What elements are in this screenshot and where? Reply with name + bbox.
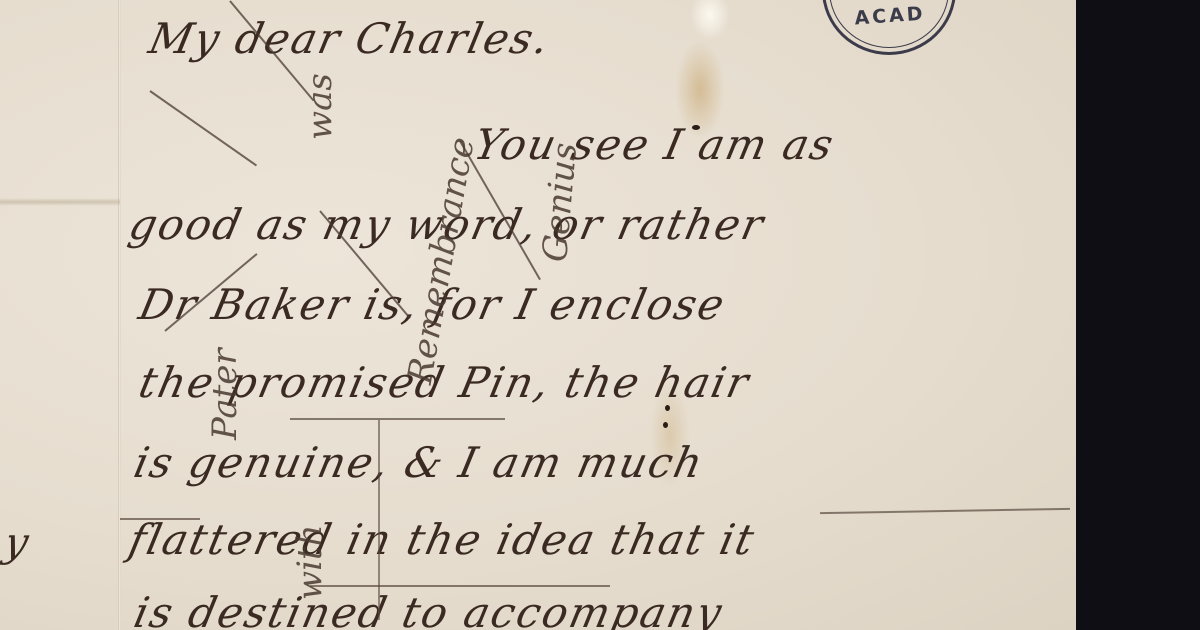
ruled-line xyxy=(120,518,200,520)
pin-hole xyxy=(663,422,668,428)
letter-line: is destined to accompany xyxy=(130,588,728,630)
ruled-line xyxy=(290,418,505,420)
cross-writing: with xyxy=(290,524,330,600)
ruled-line-vertical xyxy=(378,420,380,620)
cross-writing: Pater xyxy=(205,348,245,440)
scan-background xyxy=(1076,0,1200,630)
letter-line: You see I am as xyxy=(470,120,840,169)
letter-line: is genuine, & I am much xyxy=(130,438,709,487)
ruled-line xyxy=(310,585,610,587)
fold-crease-horizontal xyxy=(0,198,120,206)
letter-line: My dear Charles. xyxy=(145,14,555,63)
cross-writing: was xyxy=(300,73,340,140)
fold-crease-vertical xyxy=(118,0,121,630)
letter-line: flattered in the idea that it xyxy=(125,515,760,564)
